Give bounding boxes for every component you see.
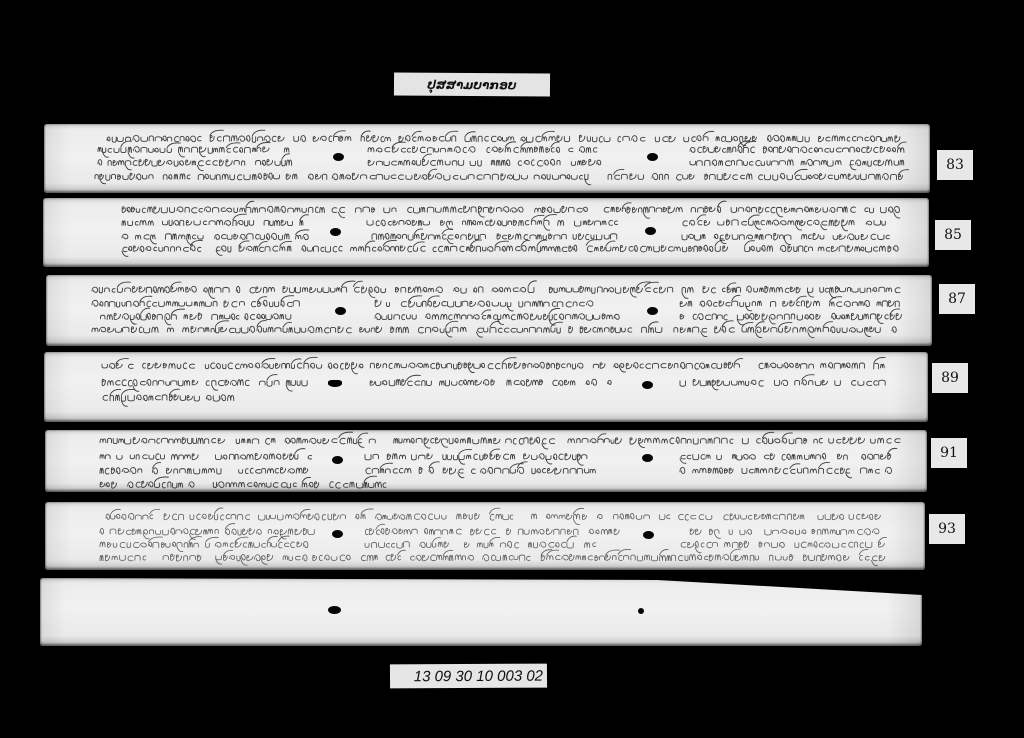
palm-leaf-91 bbox=[45, 430, 927, 492]
string-hole bbox=[328, 606, 341, 614]
page-number-label: 89 bbox=[932, 363, 968, 393]
string-hole bbox=[642, 454, 653, 462]
palm-leaf-89 bbox=[44, 352, 928, 422]
page-number: 89 bbox=[941, 370, 959, 386]
string-hole bbox=[638, 608, 644, 614]
string-hole bbox=[647, 153, 658, 161]
string-hole bbox=[332, 530, 343, 538]
string-hole bbox=[330, 228, 341, 236]
string-hole bbox=[332, 456, 343, 464]
page-number: 83 bbox=[946, 157, 964, 173]
string-hole bbox=[645, 227, 656, 235]
string-hole bbox=[643, 531, 654, 539]
string-hole bbox=[642, 381, 653, 389]
page-number-label: 83 bbox=[937, 150, 973, 180]
page-number: 85 bbox=[944, 227, 962, 243]
page-number-label: 93 bbox=[929, 514, 965, 544]
page-number: 93 bbox=[938, 521, 956, 537]
page-number-label: 87 bbox=[939, 284, 975, 314]
manuscript-title: ປຸສສາມບາກອບ bbox=[427, 77, 516, 92]
page-number-label: 91 bbox=[931, 438, 967, 468]
manuscript-title-label: ປຸສສາມບາກອບ bbox=[394, 72, 550, 96]
archive-number: 13 09 30 10 003 02 bbox=[414, 667, 543, 685]
page-number: 91 bbox=[940, 445, 958, 461]
string-hole bbox=[335, 307, 346, 315]
palm-leaf-87 bbox=[46, 275, 932, 346]
string-hole bbox=[333, 153, 344, 161]
page-number: 87 bbox=[948, 291, 966, 307]
palm-leaf-blank bbox=[40, 578, 922, 646]
archive-number-label: 13 09 30 10 003 02 bbox=[390, 664, 547, 689]
string-hole bbox=[647, 307, 658, 315]
palm-leaf-93 bbox=[45, 502, 925, 570]
palm-leaf-83 bbox=[44, 124, 930, 193]
string-hole bbox=[328, 380, 342, 387]
page-number-label: 85 bbox=[935, 220, 971, 250]
palm-leaf-85 bbox=[43, 198, 929, 267]
